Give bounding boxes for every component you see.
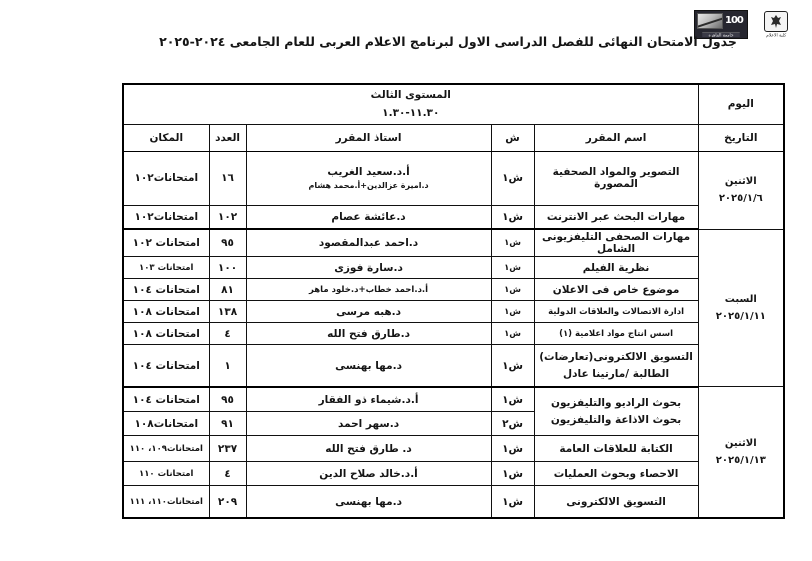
count-cell: ٩٥ (209, 387, 246, 412)
location-cell: امتحانات١٠٩، ١١٠ (123, 436, 209, 462)
table-row: التسويق الالكترونى ش١ د.مها بهنسى ٢٠٩ ام… (123, 486, 784, 518)
location-cell: امتحانات ١٠٤ (123, 387, 209, 412)
location-cell: امتحانات١٠٨ (123, 412, 209, 436)
table-row: الكتابة للعلاقات العامة ش١ د. طارق فتح ا… (123, 436, 784, 462)
location-header: المكان (123, 124, 209, 151)
professor-cell: د.عائشة عصام (246, 205, 491, 229)
count-cell: ١٣٨ (209, 301, 246, 323)
section-cell: ش١ (491, 387, 534, 412)
document-page: { "page": { "title": "جدول الامتحان النه… (0, 0, 812, 561)
date-cell: السبت ٢٠٢٥/١/١١ (698, 229, 784, 387)
count-cell: ١٠٠ (209, 257, 246, 279)
table-row: ادارة الاتصالات والعلاقات الدولية ش١ د.ه… (123, 301, 784, 323)
course-line: التسويق الالكترونى(تعارضات) (537, 349, 696, 365)
section-cell: ش١ (491, 486, 534, 518)
count-cell: ٩١ (209, 412, 246, 436)
date-value: ٢٠٢٥/١/٦ (701, 190, 782, 207)
table-row: موضوع خاص فى الاعلان ش١ أ.د.احمد خطاب+د.… (123, 279, 784, 301)
professor-cell: د.طارق فتح الله (246, 323, 491, 345)
table-row: نظرية الفيلم ش١ د.سارة فوزى ١٠٠ امتحانات… (123, 257, 784, 279)
eagle-icon (768, 14, 784, 29)
professor-cell: أ.د.سعيد الغريب د.اميرة عزالدين+أ.محمد ه… (246, 151, 491, 205)
professor-cell: د.سهر احمد (246, 412, 491, 436)
level-label: المستوى الثالث (126, 86, 696, 104)
table-row: اليوم المستوى الثالث ١١.٣٠-١.٣٠ (123, 84, 784, 124)
course-cell: نظرية الفيلم (534, 257, 698, 279)
course-cell: اسس انتاج مواد اعلامية (١) (534, 323, 698, 345)
professor-line: أ.د.سعيد الغريب (249, 164, 489, 180)
professor-cell: أ.د.خالد صلاح الدين (246, 462, 491, 486)
location-cell: امتحانات ١٠٢ (123, 229, 209, 257)
date-cell: الاثنين ٢٠٢٥/١/١٣ (698, 387, 784, 518)
professor-cell: د.احمد عبدالمقصود (246, 229, 491, 257)
table-row: الاثنين ٢٠٢٥/١/١٣ بحوث الراديو والتليفزي… (123, 387, 784, 412)
course-cell: مهارات الصحفى التليفزيونى الشامل (534, 229, 698, 257)
section-cell: ش١ (491, 229, 534, 257)
count-cell: ٤ (209, 323, 246, 345)
professor-cell: د.مها بهنسى (246, 486, 491, 518)
section-cell: ش١ (491, 301, 534, 323)
course-cell: الاحصاء وبحوث العمليات (534, 462, 698, 486)
course-line: بحوث الاذاعة والتليفزيون (537, 412, 696, 428)
day-header: اليوم (698, 84, 784, 124)
course-header: اسم المقرر (534, 124, 698, 151)
day-name: الاثنين (701, 435, 782, 452)
count-cell: ٢٣٧ (209, 436, 246, 462)
section-cell: ش٢ (491, 412, 534, 436)
level-header-cell: المستوى الثالث ١١.٣٠-١.٣٠ (123, 84, 698, 124)
section-cell: ش١ (491, 323, 534, 345)
date-value: ٢٠٢٥/١/١٣ (701, 452, 782, 469)
table-row: التاريخ اسم المقرر ش استاذ المقرر العدد … (123, 124, 784, 151)
professor-cell: د. طارق فتح الله (246, 436, 491, 462)
location-cell: امتحانات١١٠، ١١١ (123, 486, 209, 518)
table-row: السبت ٢٠٢٥/١/١١ مهارات الصحفى التليفزيون… (123, 229, 784, 257)
course-cell: التسويق الالكترونى(تعارضات) الطالبة /مار… (534, 345, 698, 387)
section-header: ش (491, 124, 534, 151)
section-cell: ش١ (491, 205, 534, 229)
professor-header: استاذ المقرر (246, 124, 491, 151)
location-cell: امتحانات ١١٠ (123, 462, 209, 486)
professor-cell: أ.د.احمد خطاب+د.خلود ماهر (246, 279, 491, 301)
course-cell: التسويق الالكترونى (534, 486, 698, 518)
count-cell: ١٠٢ (209, 205, 246, 229)
location-cell: امتحانات ١٠٨ (123, 301, 209, 323)
professor-cell: أ.د.شيماء ذو الفقار (246, 387, 491, 412)
count-cell: ٨١ (209, 279, 246, 301)
course-line: بحوث الراديو والتليفزيون (537, 395, 696, 411)
count-cell: ١ (209, 345, 246, 387)
location-cell: امتحانات ١٠٣ (123, 257, 209, 279)
section-cell: ش١ (491, 151, 534, 205)
location-cell: امتحانات١٠٢ (123, 151, 209, 205)
faculty-emblem-icon (764, 11, 788, 32)
date-cell: الاثنين ٢٠٢٥/١/٦ (698, 151, 784, 229)
location-cell: امتحانات ١٠٤ (123, 345, 209, 387)
date-header: التاريخ (698, 124, 784, 151)
section-cell: ش١ (491, 462, 534, 486)
table-row: الاحصاء وبحوث العمليات ش١ أ.د.خالد صلاح … (123, 462, 784, 486)
course-line: الطالبة /مارتينا عادل (537, 366, 696, 382)
professor-cell: د.سارة فوزى (246, 257, 491, 279)
section-cell: ش١ (491, 279, 534, 301)
course-cell: الكتابة للعلاقات العامة (534, 436, 698, 462)
table-row: الاثنين ٢٠٢٥/١/٦ التصوير والمواد الصحفية… (123, 151, 784, 205)
location-cell: امتحانات١٠٢ (123, 205, 209, 229)
course-cell: مهارات البحث عبر الانترنت (534, 205, 698, 229)
professor-line: د.اميرة عزالدين+أ.محمد هشام (249, 180, 489, 192)
section-cell: ش١ (491, 345, 534, 387)
section-cell: ش١ (491, 257, 534, 279)
day-name: الاثنين (701, 173, 782, 190)
professor-cell: د.مها بهنسى (246, 345, 491, 387)
exam-time: ١١.٣٠-١.٣٠ (126, 104, 696, 122)
course-cell: ادارة الاتصالات والعلاقات الدولية (534, 301, 698, 323)
count-cell: ٢٠٩ (209, 486, 246, 518)
location-cell: امتحانات ١٠٤ (123, 279, 209, 301)
table-row: اسس انتاج مواد اعلامية (١) ش١ د.طارق فتح… (123, 323, 784, 345)
count-cell: ٤ (209, 462, 246, 486)
count-header: العدد (209, 124, 246, 151)
count-cell: ١٦ (209, 151, 246, 205)
page-title: جدول الامتحان النهائى للفصل الدراسى الاو… (92, 34, 804, 49)
day-name: السبت (701, 291, 782, 308)
university-building-image (697, 13, 723, 29)
exam-schedule-table: اليوم المستوى الثالث ١١.٣٠-١.٣٠ التاريخ … (122, 83, 785, 519)
date-value: ٢٠٢٥/١/١١ (701, 308, 782, 325)
table-row: التسويق الالكترونى(تعارضات) الطالبة /مار… (123, 345, 784, 387)
course-cell: موضوع خاص فى الاعلان (534, 279, 698, 301)
location-cell: امتحانات ١٠٨ (123, 323, 209, 345)
course-cell: بحوث الراديو والتليفزيون بحوث الاذاعة وا… (534, 387, 698, 436)
section-cell: ش١ (491, 436, 534, 462)
course-cell: التصوير والمواد الصحفية المصورة (534, 151, 698, 205)
professor-cell: د.هبه مرسى (246, 301, 491, 323)
count-cell: ٩٥ (209, 229, 246, 257)
centennial-100-label: 100 (725, 16, 743, 26)
table-row: مهارات البحث عبر الانترنت ش١ د.عائشة عصا… (123, 205, 784, 229)
